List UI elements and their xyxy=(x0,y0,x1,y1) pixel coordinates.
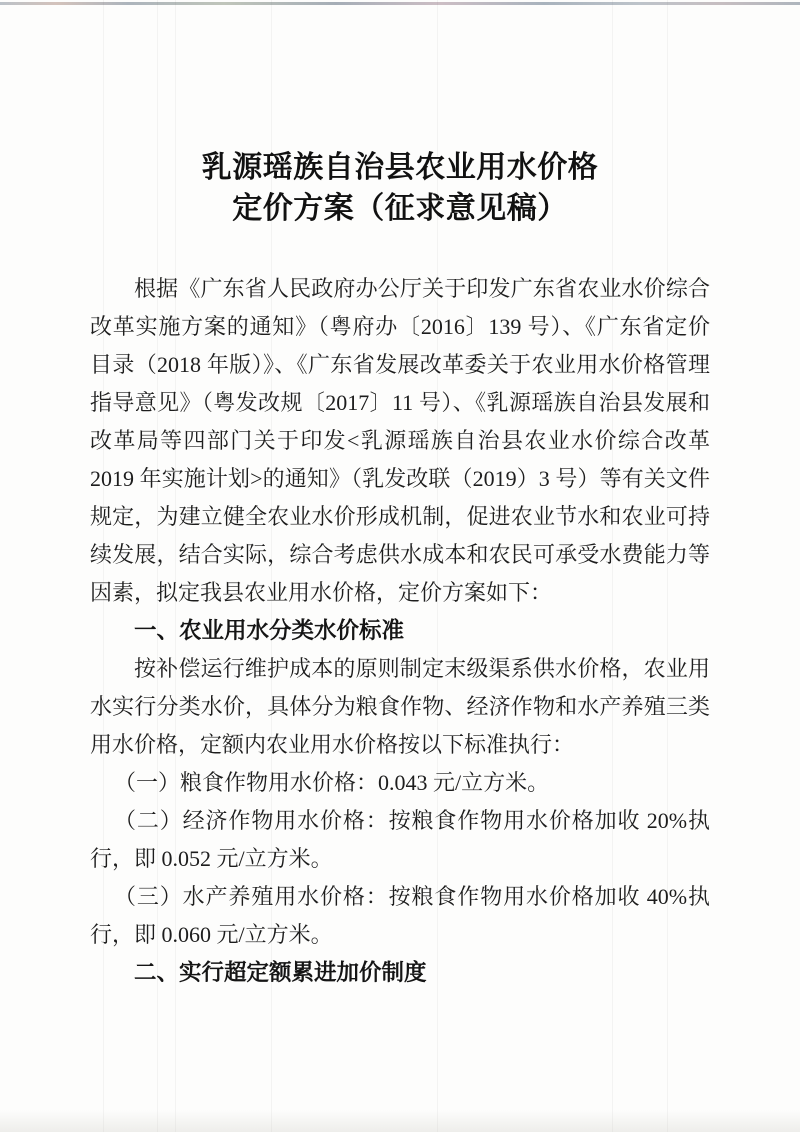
text-line: 按补偿运行维护成本的原则制定末级渠系供水价格，农业用 xyxy=(90,650,710,688)
text-line: 行，即 0.060 元/立方米。 xyxy=(90,916,710,954)
text-line: 2019 年实施计划>的通知》（乳发改联（2019）3 号）等有关文件 xyxy=(90,460,710,498)
text-line: （一）粮食作物用水价格：0.043 元/立方米。 xyxy=(90,764,710,802)
text-line: 根据《广东省人民政府办公厅关于印发广东省农业水价综合 xyxy=(90,270,710,308)
text-line: 指导意见》（粤发改规〔2017〕11 号）、《乳源瑶族自治县发展和 xyxy=(90,384,710,422)
text-line: 用水价格，定额内农业用水价格按以下标准执行： xyxy=(90,726,710,764)
scanned-document-page: 乳源瑶族自治县农业用水价格 定价方案（征求意见稿） 根据《广东省人民政府办公厅关… xyxy=(0,0,800,1132)
text-line: 因素，拟定我县农业用水价格，定价方案如下： xyxy=(90,574,710,612)
text-line: 改革局等四部门关于印发<乳源瑶族自治县农业水价综合改革 xyxy=(90,422,710,460)
text-line: 目录（2018 年版）》、《广东省发展改革委关于农业用水价格管理 xyxy=(90,346,710,384)
text-line: 规定，为建立健全农业水价形成机制，促进农业节水和农业可持 xyxy=(90,498,710,536)
scan-bottom-shadow xyxy=(0,1110,800,1132)
text-line: 水实行分类水价，具体分为粮食作物、经济作物和水产养殖三类 xyxy=(90,688,710,726)
section-heading-1: 一、农业用水分类水价标准 xyxy=(90,612,710,650)
document-title: 乳源瑶族自治县农业用水价格 定价方案（征求意见稿） xyxy=(0,147,800,229)
document-title-line-2: 定价方案（征求意见稿） xyxy=(0,188,800,229)
text-line: （三）水产养殖用水价格：按粮食作物用水价格加收 40%执 xyxy=(90,878,710,916)
text-line: （二）经济作物用水价格：按粮食作物用水价格加收 20%执 xyxy=(90,802,710,840)
text-line: 行，即 0.052 元/立方米。 xyxy=(90,840,710,878)
scan-top-edge-artifact xyxy=(0,2,800,5)
text-line: 改革实施方案的通知》（粤府办〔2016〕139 号）、《广东省定价 xyxy=(90,308,710,346)
document-body: 根据《广东省人民政府办公厅关于印发广东省农业水价综合 改革实施方案的通知》（粤府… xyxy=(90,270,710,992)
document-title-line-1: 乳源瑶族自治县农业用水价格 xyxy=(0,147,800,188)
text-line: 续发展，结合实际，综合考虑供水成本和农民可承受水费能力等 xyxy=(90,536,710,574)
section-heading-2: 二、实行超定额累进加价制度 xyxy=(90,954,710,992)
